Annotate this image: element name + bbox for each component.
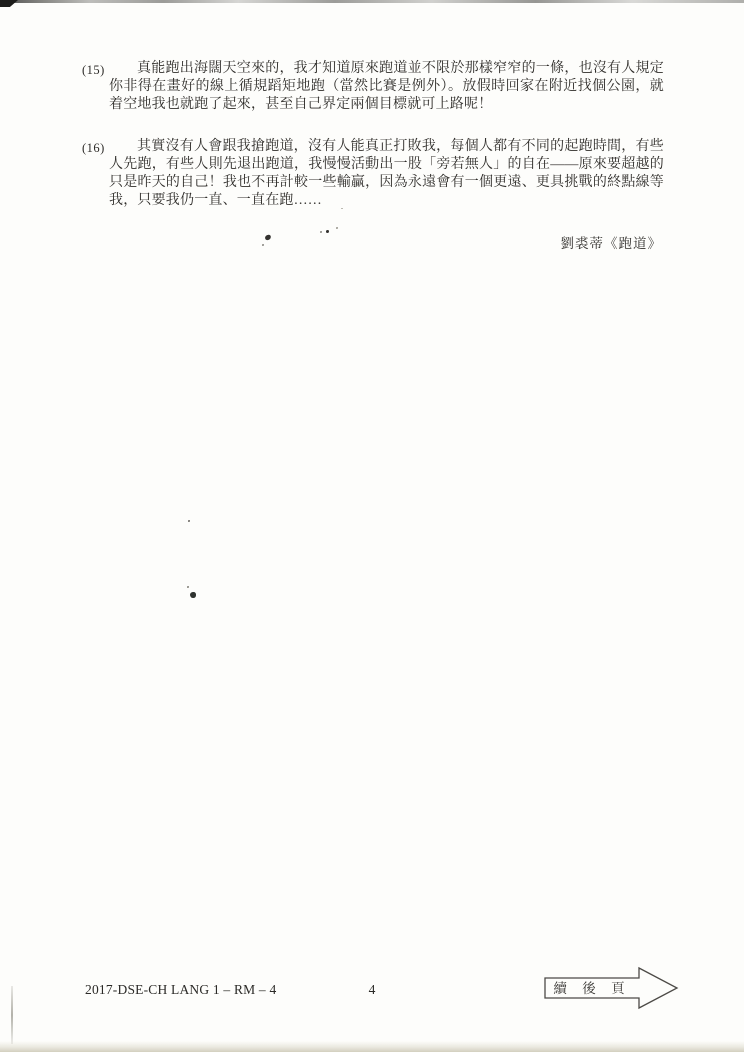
ink-speck xyxy=(188,520,190,522)
paragraph-text: 真能跑出海闊天空來的，我才知道原來跑道並不限於那樣窄窄的一條，也沒有人規定你非得… xyxy=(109,60,664,114)
author-attribution: 劉裘蒂《跑道》 xyxy=(82,232,664,252)
continue-next-page-label: 續 後 頁 xyxy=(553,980,630,996)
page-footer: 2017-DSE-CH LANG 1 – RM – 4 4 續 後 頁 xyxy=(0,972,744,1018)
scan-edge-left xyxy=(11,986,13,1044)
scanned-exam-page: (15) 真能跑出海闊天空來的，我才知道原來跑道並不限於那樣窄窄的一條，也沒有人… xyxy=(0,0,744,1052)
paragraph-15: (15) 真能跑出海闊天空來的，我才知道原來跑道並不限於那樣窄窄的一條，也沒有人… xyxy=(82,60,664,114)
paragraph-16: (16) 其實沒有人會跟我搶跑道，沒有人能真正打敗我，每個人都有不同的起跑時間，… xyxy=(82,138,664,210)
ink-speck xyxy=(190,592,196,598)
scan-edge-top xyxy=(0,0,744,3)
paragraph-number: (15) xyxy=(82,60,109,79)
ink-speck xyxy=(187,586,189,588)
paragraph-number: (16) xyxy=(82,138,109,157)
passage-content: (15) 真能跑出海闊天空來的，我才知道原來跑道並不限於那樣窄窄的一條，也沒有人… xyxy=(82,60,664,252)
continue-next-page-arrow-icon: 續 後 頁 xyxy=(541,966,683,1014)
scan-corner-mark xyxy=(0,0,18,7)
scan-edge-bottom xyxy=(0,1041,744,1052)
paragraph-text: 其實沒有人會跟我搶跑道，沒有人能真正打敗我，每個人都有不同的起跑時間，有些人先跑… xyxy=(109,138,664,210)
